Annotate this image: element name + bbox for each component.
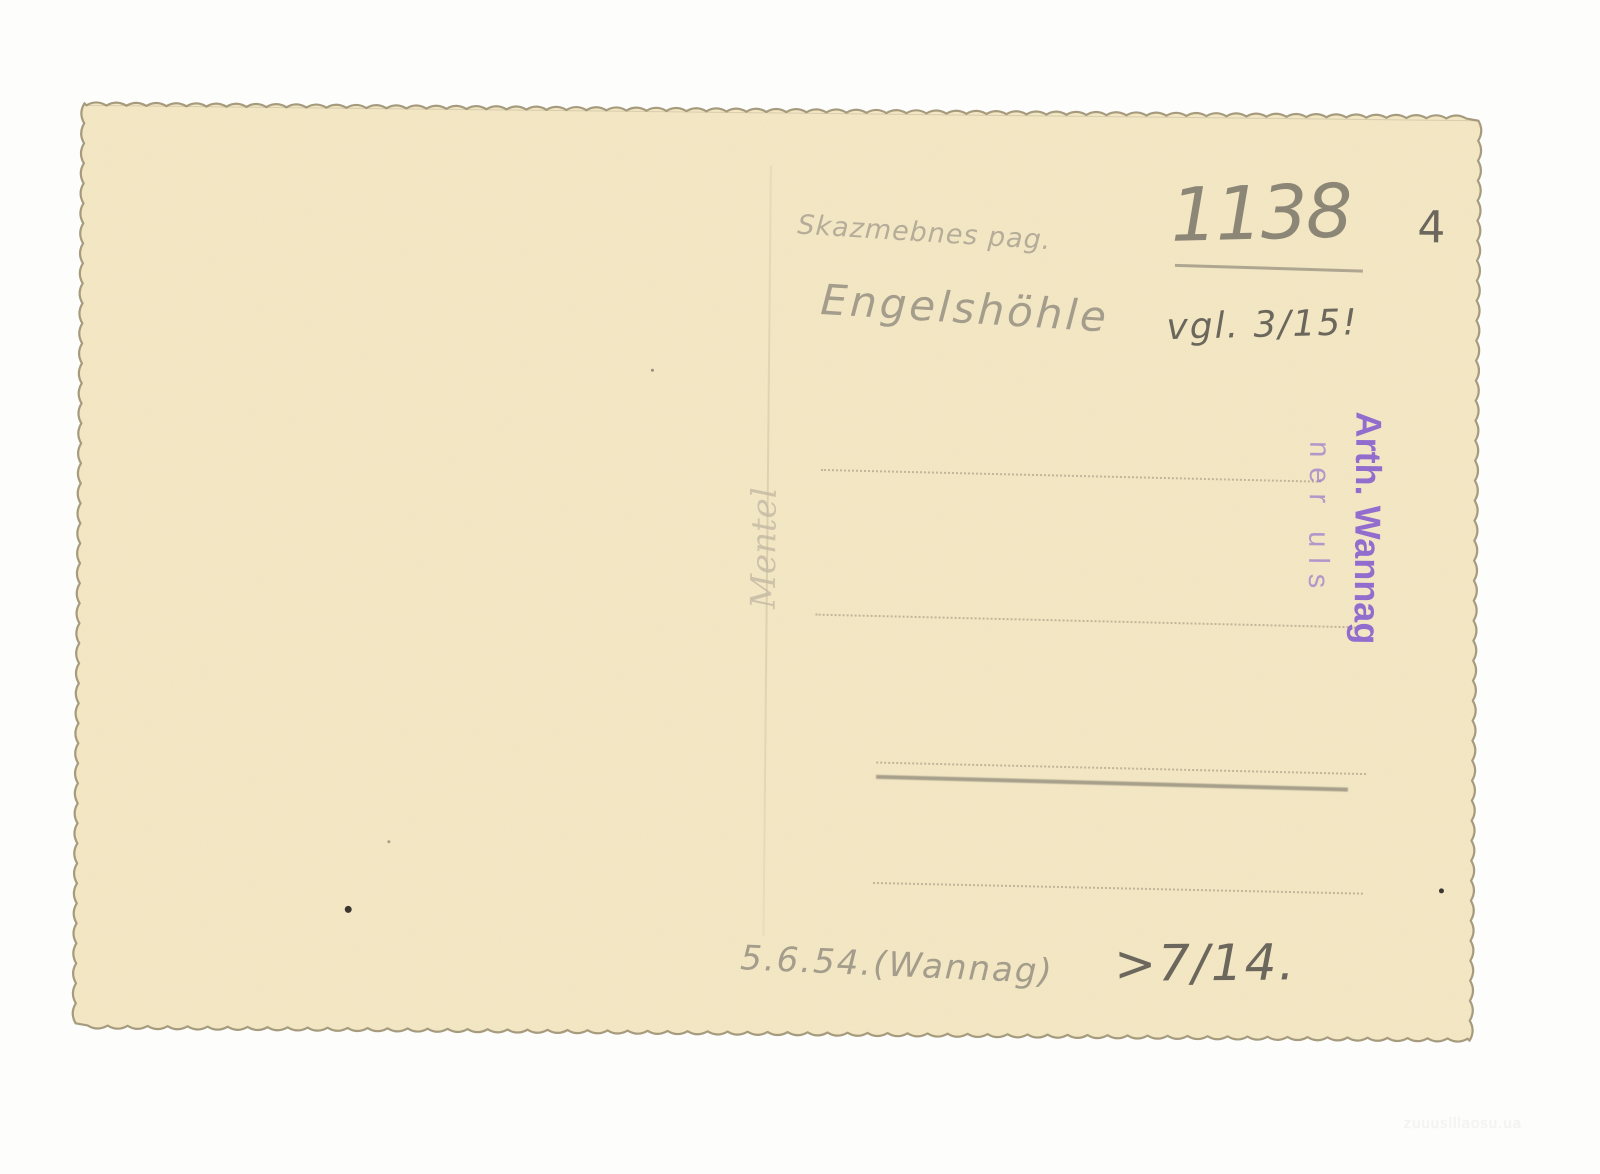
paper-speck xyxy=(651,369,654,372)
paper-speck xyxy=(345,906,352,913)
annotation-corner-number: 4 xyxy=(1417,202,1446,253)
scan-canvas: Mentel Skazmebnes pag. 1138 4 Engelshöhl… xyxy=(0,0,1600,1174)
rubber-stamp-name: Arth. Wannag xyxy=(1345,411,1389,644)
paper-speck xyxy=(387,840,390,843)
annotation-catalog-number: 1138 xyxy=(1169,168,1351,259)
paper-speck xyxy=(1439,888,1444,893)
postcard-back: Mentel Skazmebnes pag. 1138 4 Engelshöhl… xyxy=(68,97,1487,1045)
faint-mark: Mentel xyxy=(744,487,785,609)
rubber-stamp-address: ner uls xyxy=(1301,441,1336,598)
annotation-cross-reference: vgl. 3/15! xyxy=(1166,302,1359,348)
watermark: zuuuslllaosu.ua xyxy=(1404,1115,1522,1132)
annotation-bottom-reference: >7/14. xyxy=(1114,933,1297,992)
